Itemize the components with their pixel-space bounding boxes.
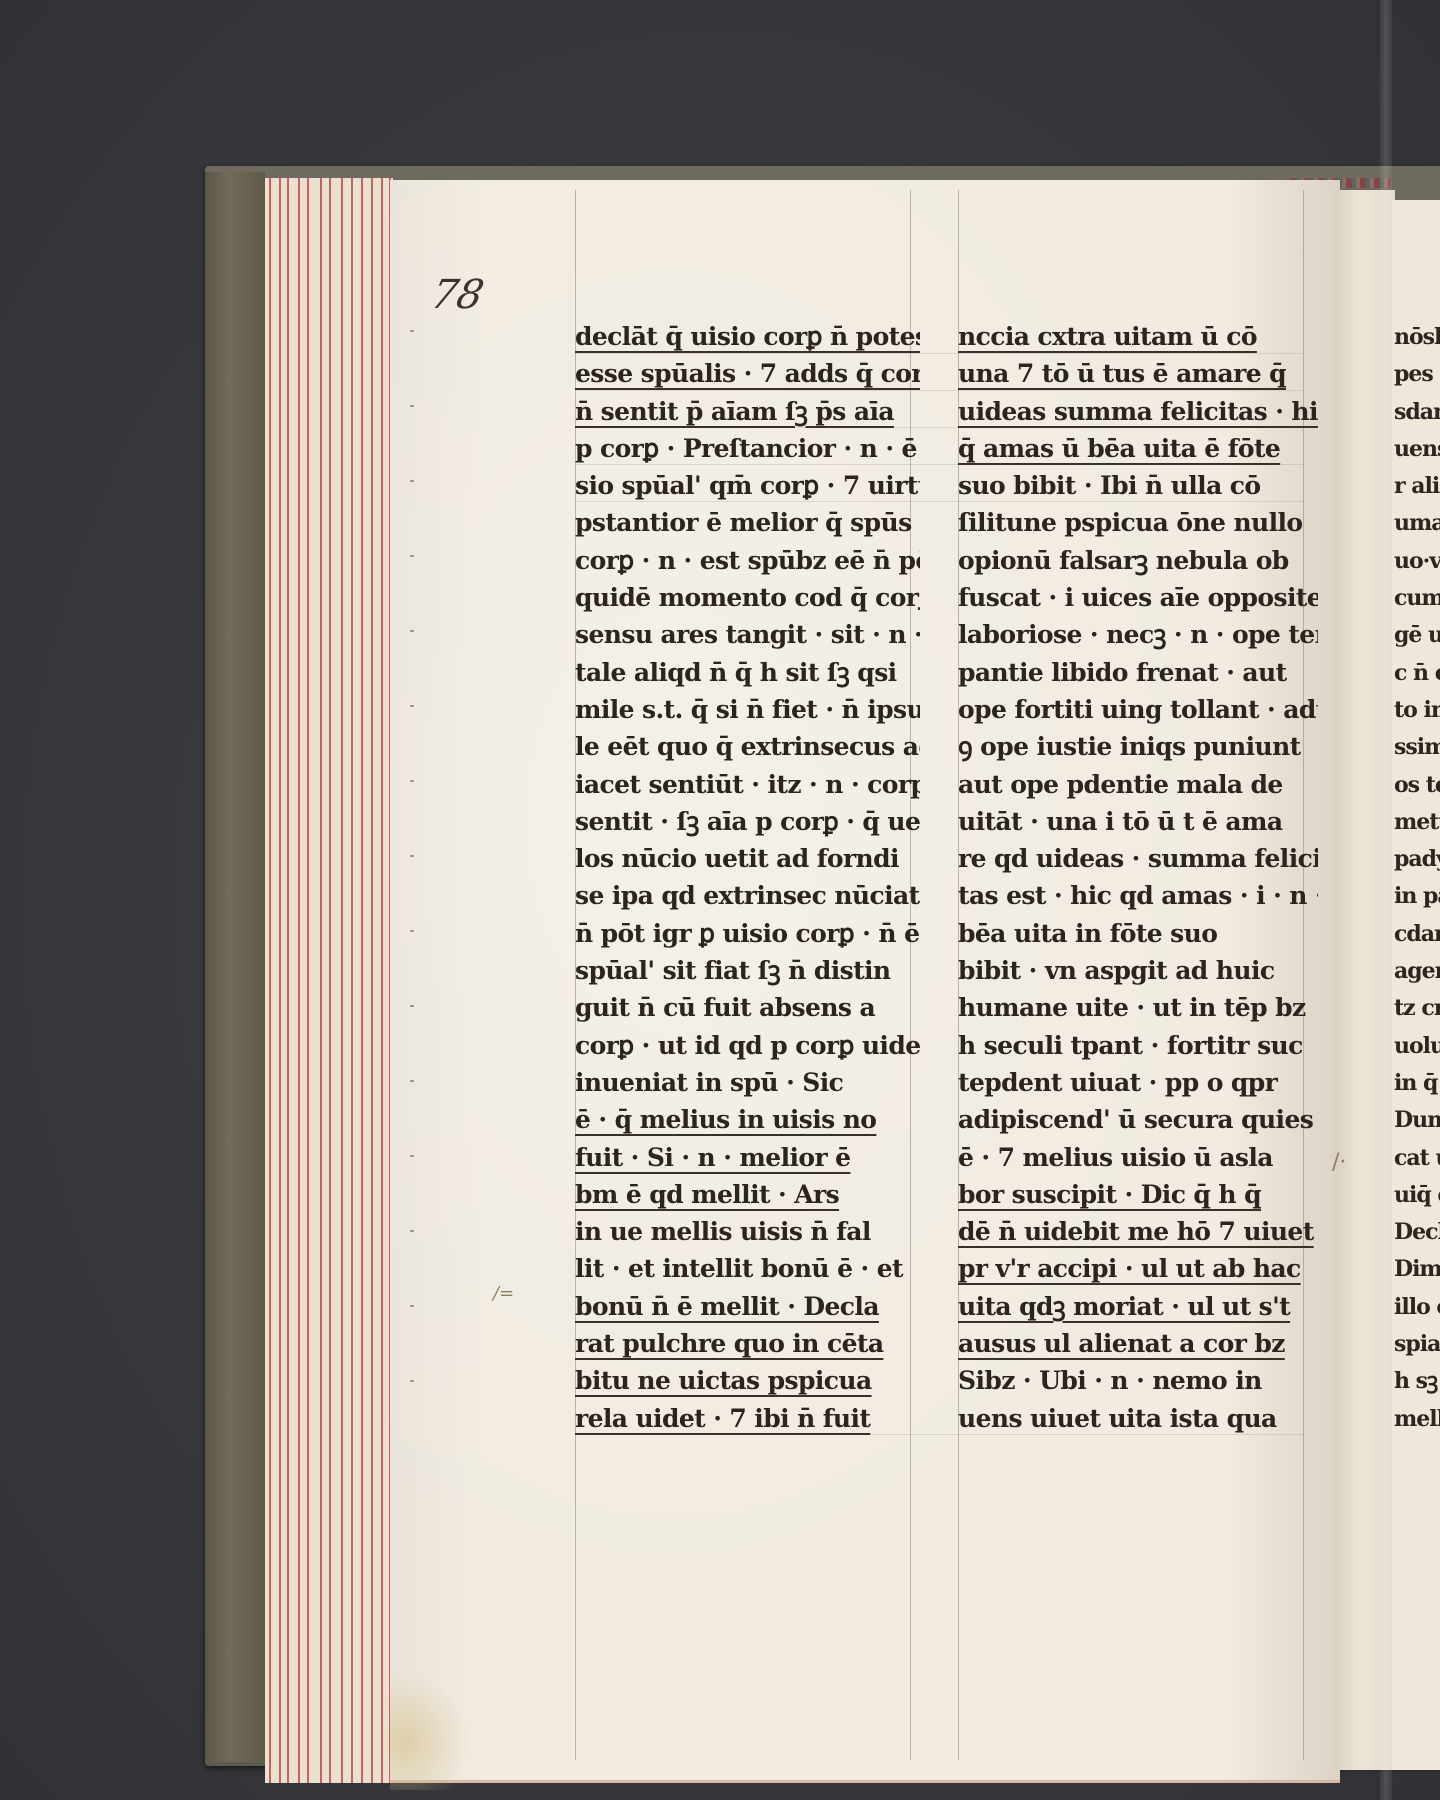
text-line: se ipa qd extrinsec nūciat [575, 877, 920, 914]
text-line: pantie libido frenat · aut [958, 654, 1318, 691]
water-stain [390, 1670, 470, 1790]
page-edge-stack [265, 178, 393, 1783]
text-line: dē n̄ uidebit me hō 7 uiuet [958, 1213, 1318, 1250]
text-line: rat pulchre quo in cēta [575, 1325, 920, 1362]
text-line: spūal' sit fiat ſꝫ n̄ distin [575, 952, 920, 989]
glass-plate-edge [1380, 0, 1392, 1800]
pricking-hole [410, 1155, 414, 1157]
text-line: n̄ pōt igr ꝑ uisio corꝑ · n̄ ē [575, 915, 920, 952]
margin-mark-right: /· [1332, 1150, 1346, 1175]
text-line: rela uidet · 7 ibi n̄ fuit [575, 1400, 920, 1437]
text-line: ē · 7 melius uisio ū asla [958, 1139, 1318, 1176]
pricking-hole [410, 1230, 414, 1232]
text-line: bibit · vn aspgit ad huic [958, 952, 1318, 989]
text-line: ſilitune pspicua ōne nullo [958, 504, 1318, 541]
pricking-hole [410, 405, 414, 407]
text-line: corꝑ · ut id qd p corꝑ uidebā [575, 1027, 920, 1064]
pricking-hole [410, 780, 414, 782]
text-line: q̄ amas ū bēa uita ē fōte [958, 430, 1318, 467]
pricking-hole [410, 630, 414, 632]
text-line: inueniat in spū · Sic [575, 1064, 920, 1101]
text-line: h seculi tpant · fortitr suc [958, 1027, 1318, 1064]
text-column-right: nccia cxtra uitam ū cō una 7 tō ū tus ē … [958, 318, 1318, 1437]
text-line: sio spūal' qm̄ corꝑ · 7 uirtus [575, 467, 920, 504]
text-line: ope fortiti uing tollant · adula [958, 691, 1318, 728]
text-line: uens uiuet uita ista qua [958, 1400, 1318, 1437]
folio-number: 78 [427, 272, 488, 318]
text-line: bēa uita in fōte suo [958, 915, 1318, 952]
text-line: re qd uideas · summa felici [958, 840, 1318, 877]
text-line: pstantior ē melior q̄ spūs [575, 504, 920, 541]
text-line: le eēt quo q̄ extrinsecus ad [575, 728, 920, 765]
pricking-hole [410, 930, 414, 932]
text-line: lit · et intellit bonū ē · et [575, 1250, 920, 1287]
text-line: los nūcio uetit ad forndi [575, 840, 920, 877]
text-line: pr v'r accipi · ul ut ab hac [958, 1250, 1318, 1287]
text-line: aut ope pdentie mala de [958, 766, 1318, 803]
text-line: una 7 tō ū tus ē amare q̄ [958, 355, 1318, 392]
text-line: fuscat · i uices aīe opposite ac [958, 579, 1318, 616]
text-line: esse spūalis · 7 adds q̄ corpus [575, 355, 920, 392]
pricking-hole [410, 1305, 414, 1307]
text-line: uideas summa felicitas · hic [958, 393, 1318, 430]
text-line: uitāt · una i tō ū t ē ama [958, 803, 1318, 840]
pricking-hole [410, 705, 414, 707]
text-line: bitu ne uictas pspicua [575, 1362, 920, 1399]
text-line: ē · q̄ melius in uisis no [575, 1101, 920, 1138]
text-line: fuit · Si · n · melior ē [575, 1139, 920, 1176]
text-line: adipiscend' ū secura quies [958, 1101, 1318, 1138]
text-line: bonū n̄ ē mellit · Decla [575, 1288, 920, 1325]
manuscript-photo: nōsk pes ſi sdami uens r alien uma uo·vt… [0, 0, 1440, 1800]
text-column-left: declāt q̄ uisio corꝑ n̄ potest esse spūa… [575, 318, 920, 1437]
text-line: opionū falsarꝫ nebula ob [958, 542, 1318, 579]
pricking-hole [410, 1005, 414, 1007]
text-line: ausus ul alienat a cor bz [958, 1325, 1318, 1362]
margin-mark-left: /= [493, 1283, 514, 1304]
text-line: tas est · hic qd amas · i · n · [958, 877, 1318, 914]
text-line: iacet sentiūt · itz · n · corpꝯ [575, 766, 920, 803]
text-line: humane uite · ut in tēp bz [958, 989, 1318, 1026]
text-line: tale aliqd n̄ q̄ h sit ſꝫ qsi [575, 654, 920, 691]
text-line: ꝯ ope iustie iniqs puniunt [958, 728, 1318, 765]
text-line: sensu ares tangit · sit · n · i aīo [575, 616, 920, 653]
pricking-hole [410, 1380, 414, 1382]
text-line: declāt q̄ uisio corꝑ n̄ potest [575, 318, 920, 355]
text-line: n̄ sentit p̄ aīam ſꝫ p̄s aīa [575, 393, 920, 430]
text-line: quidē momento cod q̄ corꝑ [575, 579, 920, 616]
text-line: in ue mellis uisis n̄ fal [575, 1213, 920, 1250]
text-line: mile s.t. q̄ si n̄ fiet · n̄ ipsu [575, 691, 920, 728]
pricking-hole [410, 555, 414, 557]
text-line: corꝑ · n · est spūbz eē n̄ pōt · qm̄ [575, 542, 920, 579]
text-line: uita qdꝫ moriat · ul ut s't [958, 1288, 1318, 1325]
text-line: bor suscipit · Dic q̄ h q̄ [958, 1176, 1318, 1213]
text-line: suo bibit · Ibi n̄ ulla cō [958, 467, 1318, 504]
pricking-hole [410, 855, 414, 857]
binding-spine-edge [205, 172, 265, 1762]
text-line: tepdent uiuat · pp o qpr [958, 1064, 1318, 1101]
text-line: sentit · ſꝫ aīa p corꝑ · q̄ ue [575, 803, 920, 840]
pricking-hole [410, 1080, 414, 1082]
text-line: laboriose · necꝫ · n · ope tem [958, 616, 1318, 653]
text-line: p corꝑ · Preſtancior · n · ē ui [575, 430, 920, 467]
text-line: guit n̄ cū fuit absens a [575, 989, 920, 1026]
pricking-hole [410, 330, 414, 332]
text-line: nccia cxtra uitam ū cō [958, 318, 1318, 355]
text-line: bm ē qd mellit · Ars [575, 1176, 920, 1213]
text-line: Sibz · Ubi · n · nemo in [958, 1362, 1318, 1399]
facing-page-fragment: nōsk pes ſi sdami uens r alien uma uo·vt… [1392, 200, 1440, 1770]
pricking-hole [410, 480, 414, 482]
